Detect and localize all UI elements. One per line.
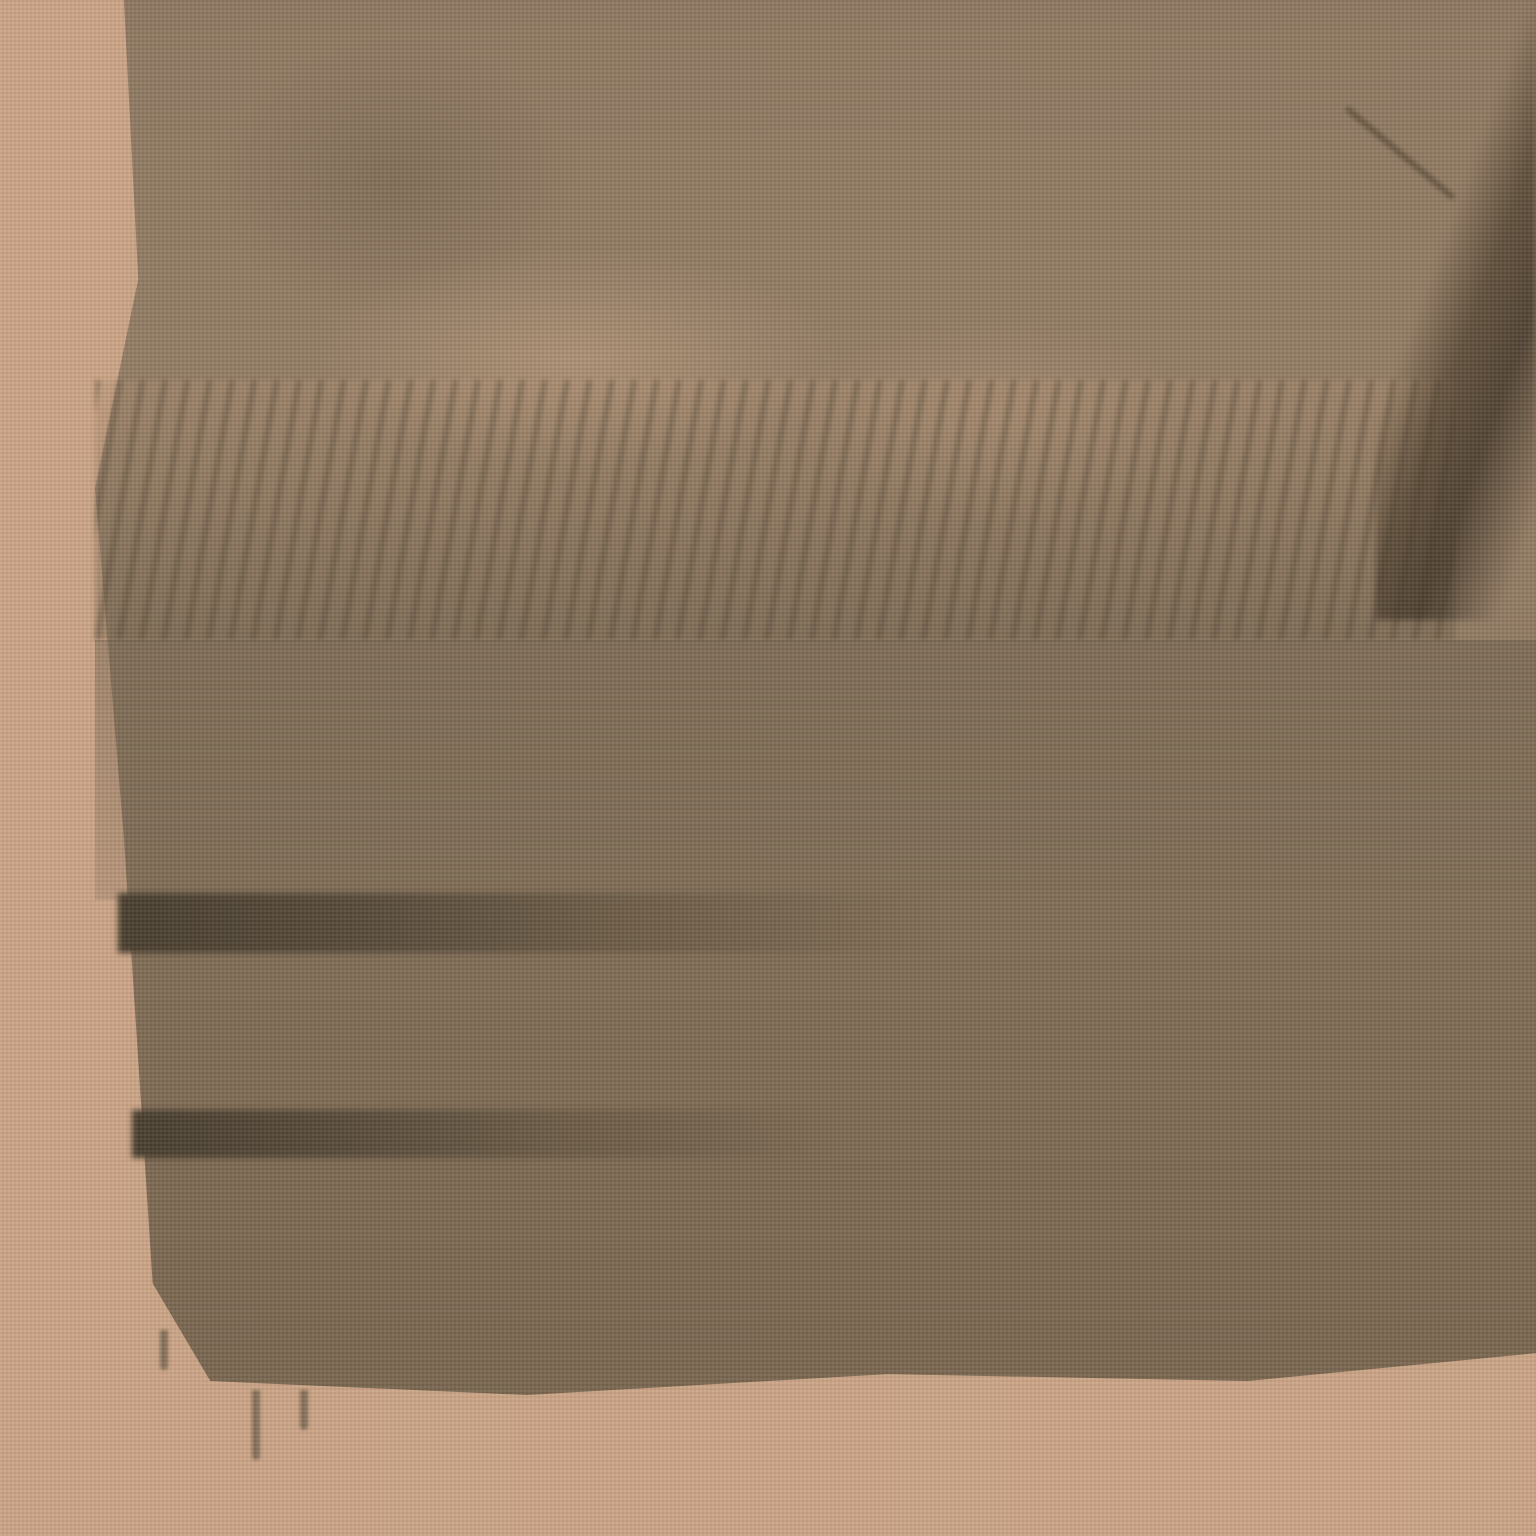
ground-band [95,640,1536,900]
paint-drip [300,1390,308,1430]
paint-drip [160,1330,168,1370]
painting-canvas [0,0,1536,1536]
dark-horizontal-stroke [118,893,938,953]
tree-trunk [1376,0,1536,620]
foliage-band [95,380,1455,640]
dark-horizontal-stroke [132,1110,832,1158]
paint-drip [252,1390,260,1460]
